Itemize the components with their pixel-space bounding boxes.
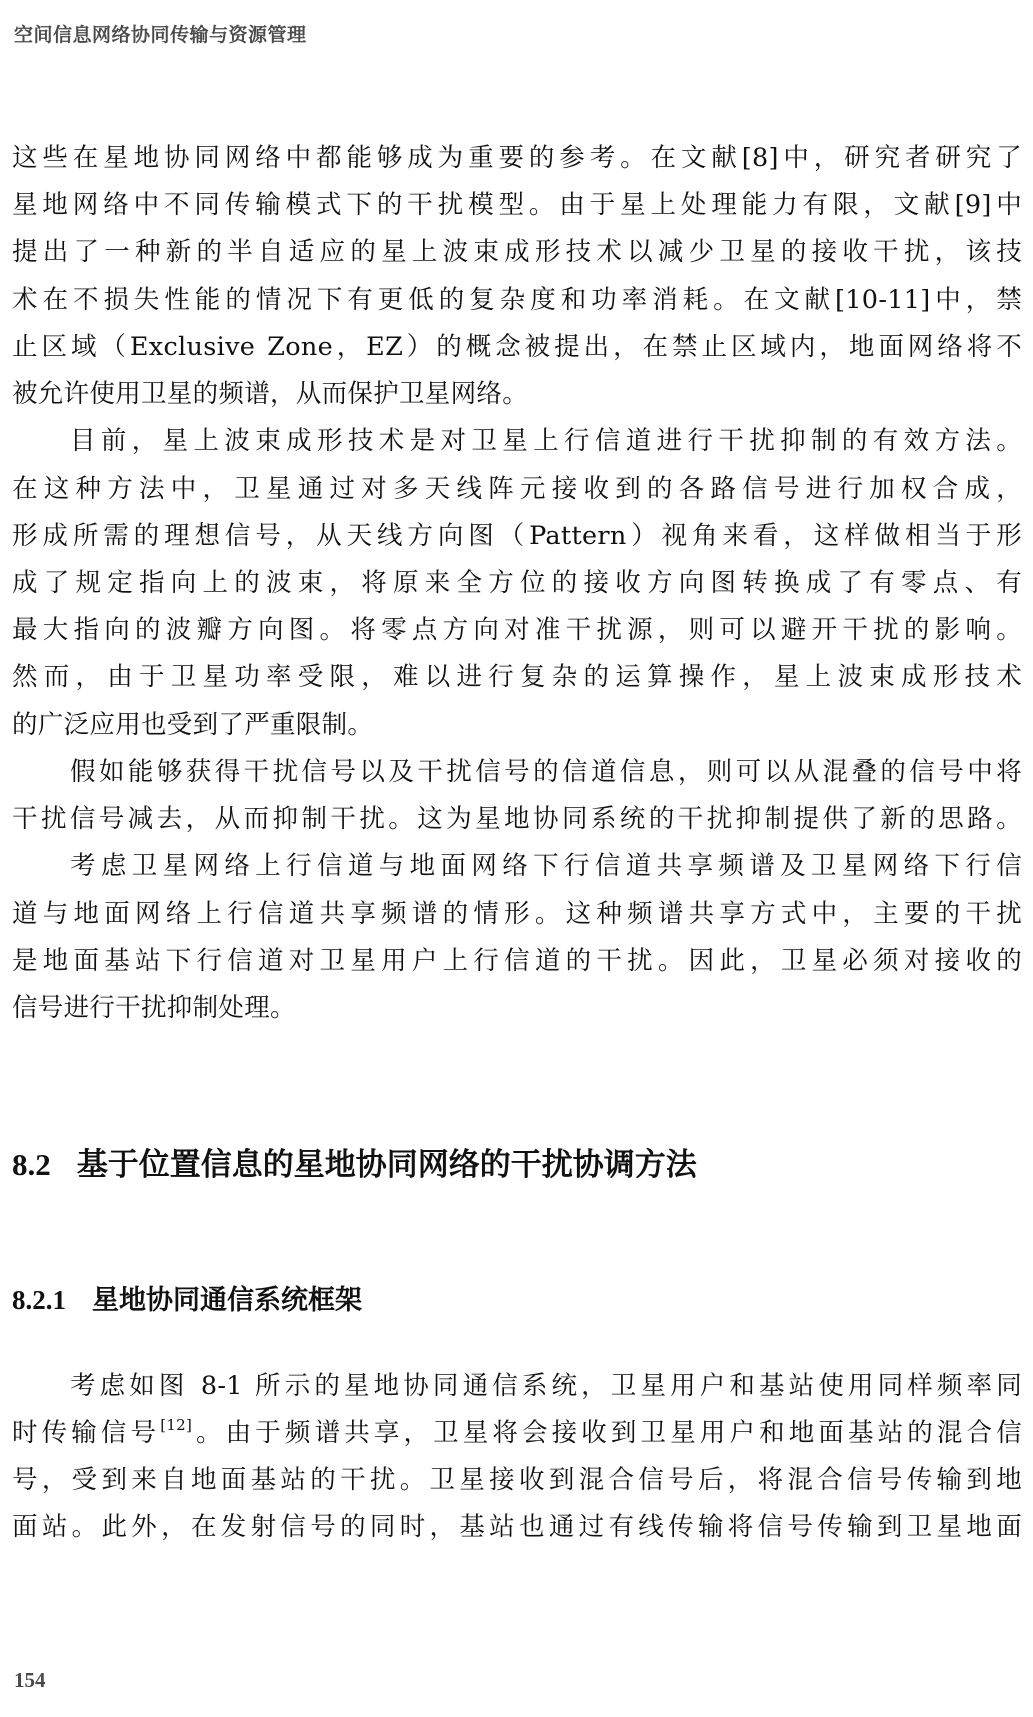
section-title: 基于位置信息的星地协同网络的干扰协调方法 — [77, 1147, 697, 1183]
text-line: 时传输信号[12]。由于频谱共享，卫星将会接收到卫星用户和地面基站的混合信 — [12, 1421, 1022, 1447]
text-line: 术在不损失性能的情况下有更低的复杂度和功率消耗。在文献[10-11]中，禁 — [12, 288, 1022, 314]
text-line: 号，受到来自地面基站的干扰。卫星接收到混合信号后，将混合信号传输到地 — [12, 1468, 1022, 1494]
subsection-number: 8.2.1 — [12, 1285, 66, 1316]
text-line: 提出了一种新的半自适应的星上波束成形技术以减少卫星的接收干扰，该技 — [12, 240, 1022, 266]
subsection-title: 星地协同通信系统框架 — [92, 1285, 362, 1316]
text-line: 面站。此外，在发射信号的同时，基站也通过有线传输将信号传输到卫星地面 — [12, 1515, 1022, 1541]
subsection-heading: 8.2.1星地协同通信系统框架 — [12, 1278, 362, 1317]
citation-ref: [12] — [160, 1416, 192, 1434]
text-line: 最大指向的波瓣方向图。将零点方向对准干扰源，则可以避开干扰的影响。 — [12, 618, 1022, 644]
section-heading: 8.2基于位置信息的星地协同网络的干扰协调方法 — [12, 1139, 697, 1184]
text-fragment: 。由于频谱共享，卫星将会接收到卫星用户和地面基站的混合信 — [192, 1418, 1022, 1448]
text-line: 目前，星上波束成形技术是对卫星上行信道进行干扰抑制的有效方法。 — [70, 429, 1022, 455]
text-line: 假如能够获得干扰信号以及干扰信号的信道信息，则可以从混叠的信号中将 — [70, 760, 1022, 786]
section-number: 8.2 — [12, 1147, 51, 1183]
text-line: 干扰信号减去，从而抑制干扰。这为星地协同系统的干扰抑制提供了新的思路。 — [12, 807, 1022, 833]
text-line: 形成所需的理想信号，从天线方向图（Pattern）视角来看，这样做相当于形 — [12, 524, 1022, 550]
text-line: 星地网络中不同传输模式下的干扰模型。由于星上处理能力有限，文献[9]中 — [12, 193, 1022, 219]
text-line: 这些在星地协同网络中都能够成为重要的参考。在文献[8]中，研究者研究了 — [12, 146, 1022, 172]
text-line: 在这种方法中，卫星通过对多天线阵元接收到的各路信号进行加权合成， — [12, 477, 1022, 503]
text-line: 信号进行干扰抑制处理。 — [12, 996, 1022, 1022]
text-line: 考虑如图 8-1 所示的星地协同通信系统，卫星用户和基站使用同样频率同 — [70, 1374, 1022, 1400]
text-line: 道与地面网络上行信道共享频谱的情形。这种频谱共享方式中，主要的干扰 — [12, 902, 1022, 928]
running-header: 空间信息网络协同传输与资源管理 — [14, 20, 307, 47]
text-line: 成了规定指向上的波束，将原来全方位的接收方向图转换成了有零点、有 — [12, 571, 1022, 597]
text-line: 止区域（Exclusive Zone，EZ）的概念被提出，在禁止区域内，地面网络… — [12, 335, 1022, 361]
text-line: 是地面基站下行信道对卫星用户上行信道的干扰。因此，卫星必须对接收的 — [12, 949, 1022, 975]
text-line: 的广泛应用也受到了严重限制。 — [12, 713, 1022, 739]
text-line: 考虑卫星网络上行信道与地面网络下行信道共享频谱及卫星网络下行信 — [70, 854, 1022, 880]
text-line: 被允许使用卫星的频谱，从而保护卫星网络。 — [12, 382, 1022, 408]
page-number: 154 — [14, 1668, 46, 1693]
text-line: 然而，由于卫星功率受限，难以进行复杂的运算操作，星上波束成形技术 — [12, 665, 1022, 691]
text-fragment: 时传输信号 — [12, 1418, 160, 1448]
